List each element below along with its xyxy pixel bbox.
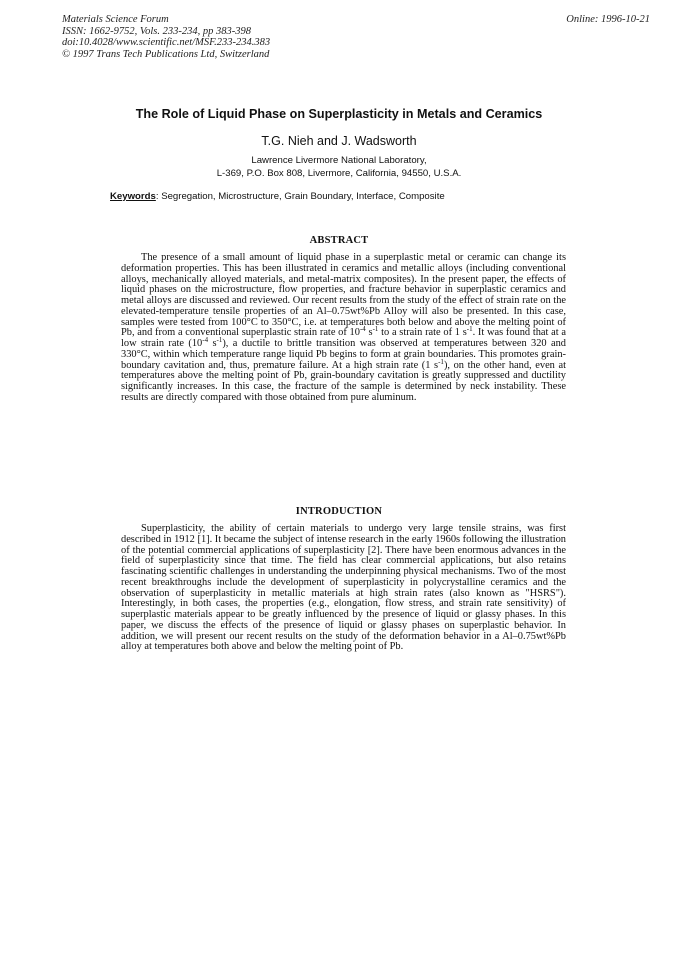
journal-name: Materials Science Forum	[62, 14, 270, 26]
paper-authors: T.G. Nieh and J. Wadsworth	[0, 134, 678, 148]
introduction-text: Superplasticity, the ability of certain …	[121, 524, 566, 653]
introduction-heading: INTRODUCTION	[0, 506, 678, 517]
keywords: Keywords: Segregation, Microstructure, G…	[110, 191, 445, 202]
publication-info: Materials Science Forum ISSN: 1662-9752,…	[62, 14, 270, 60]
copyright-line: © 1997 Trans Tech Publications Ltd, Swit…	[62, 49, 270, 61]
keywords-list: : Segregation, Microstructure, Grain Bou…	[156, 191, 445, 202]
affiliation: Lawrence Livermore National Laboratory, …	[0, 155, 678, 180]
paper-title: The Role of Liquid Phase on Superplastic…	[0, 107, 678, 121]
doi-line: doi:10.4028/www.scientific.net/MSF.233-2…	[62, 37, 270, 49]
issn-line: ISSN: 1662-9752, Vols. 233-234, pp 383-3…	[62, 26, 270, 38]
affiliation-line-1: Lawrence Livermore National Laboratory,	[0, 155, 678, 168]
affiliation-line-2: L-369, P.O. Box 808, Livermore, Californ…	[0, 168, 678, 181]
online-date: Online: 1996-10-21	[566, 14, 650, 26]
abstract-heading: ABSTRACT	[0, 235, 678, 246]
abstract-text: The presence of a small amount of liquid…	[121, 253, 566, 404]
keywords-label: Keywords	[110, 191, 156, 202]
